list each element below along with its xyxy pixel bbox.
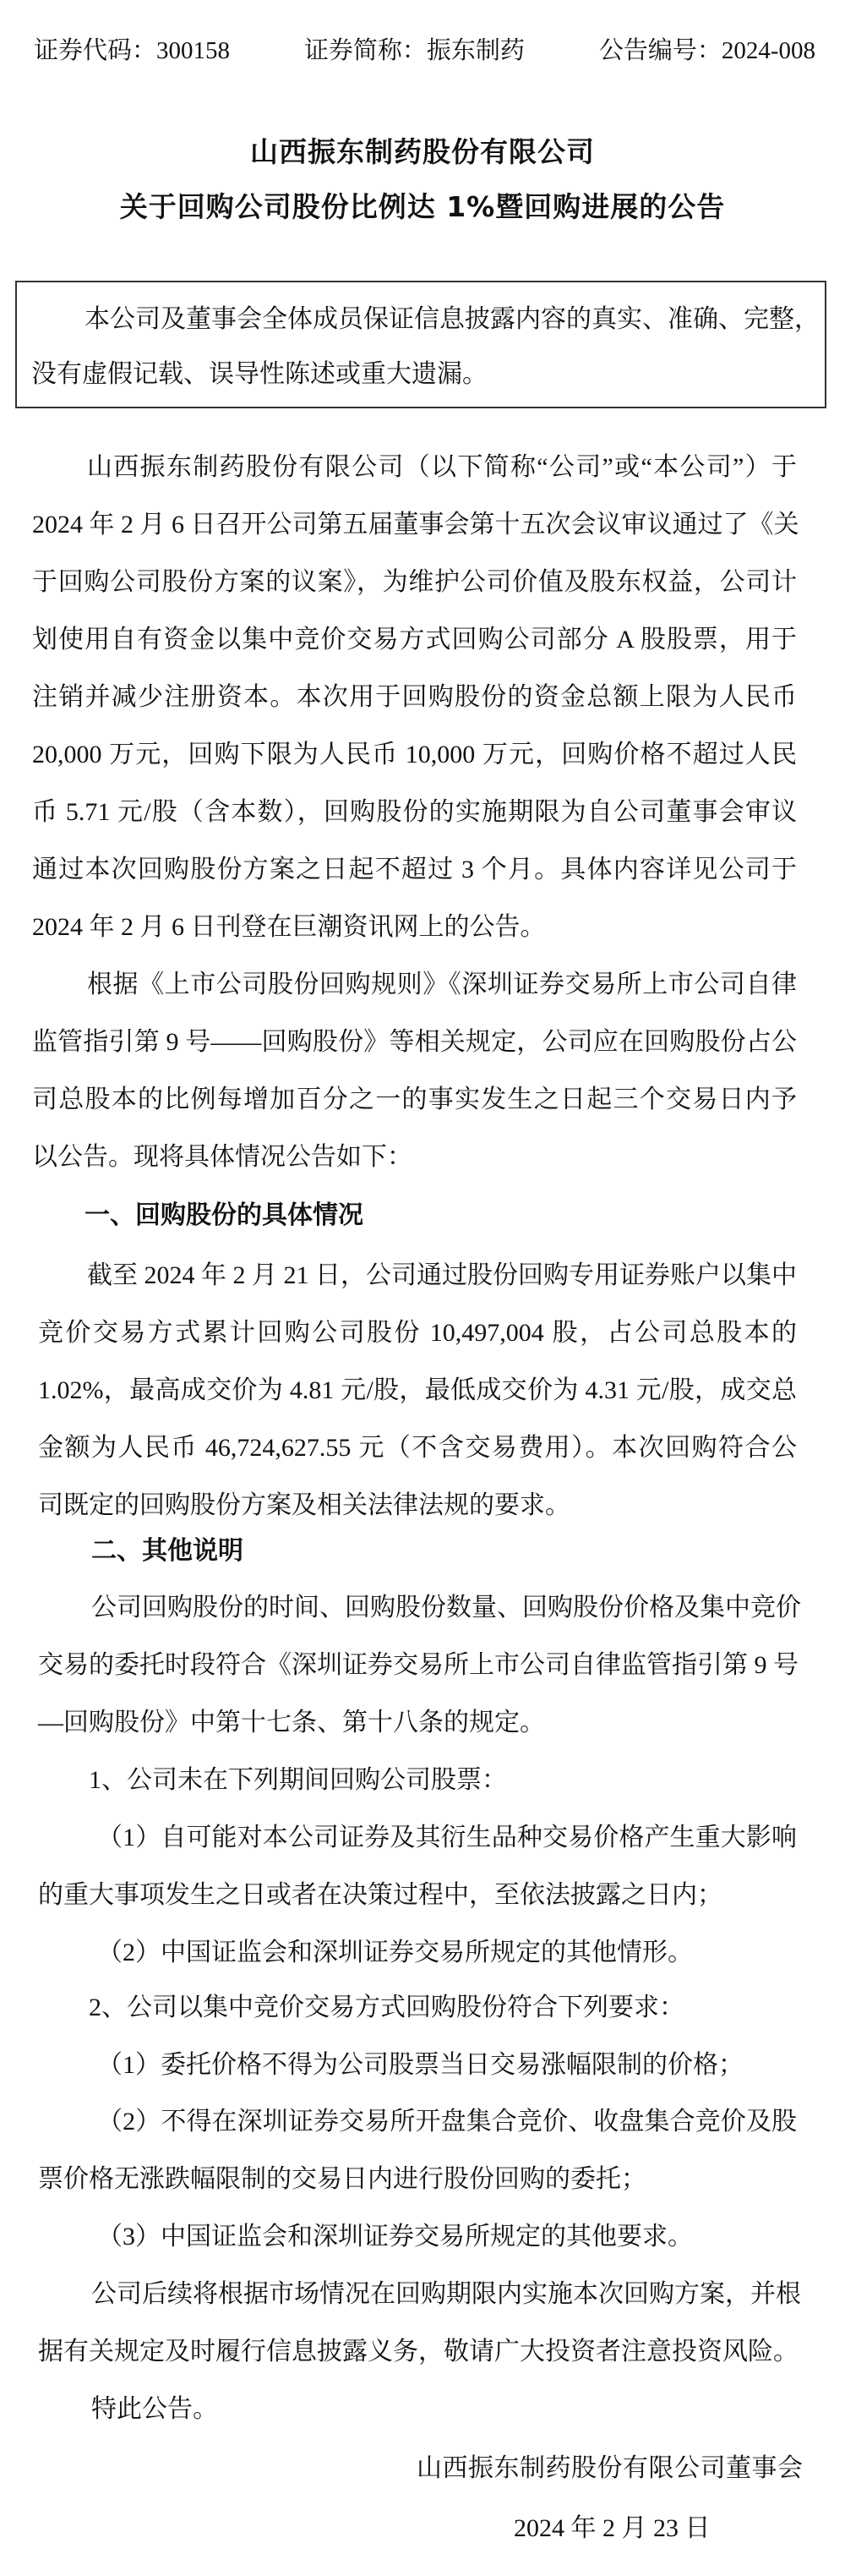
para1-line: 于回购公司股份方案的议案》，为维护公司价值及股东权益，公司计 <box>32 566 797 599</box>
list-item-2-sub-3: （3）中国证监会和深圳证券交易所规定的其他要求。 <box>97 2220 693 2254</box>
para2-line: 监管指引第 9 号——回购股份》等相关规定，公司应在回购股份占公 <box>32 1025 797 1059</box>
list-item-2-sub-1: （1）委托价格不得为公司股票当日交易涨幅限制的价格； <box>97 2048 744 2082</box>
para4-line: 公司回购股份的时间、回购股份数量、回购股份价格及集中竞价 <box>91 1591 797 1625</box>
list-item-2-sub-2-cont: 票价格无涨跌幅限制的交易日内进行股份回购的委托； <box>38 2163 646 2196</box>
para3-line: 司既定的回购股份方案及相关法律法规的要求。 <box>38 1489 570 1523</box>
company-title: 山西振东制药股份有限公司 <box>0 134 845 171</box>
announcement-title: 关于回购公司股份比例达 1%暨回购进展的公告 <box>0 189 845 226</box>
stock-code: 证券代码：300158 <box>34 34 230 68</box>
para1-line: 通过本次回购股份方案之日起不超过 3 个月。具体内容详见公司于 <box>32 853 797 887</box>
signature-date: 2024 年 2 月 23 日 <box>514 2512 711 2546</box>
para1-line: 划使用自有资金以集中竞价交易方式回购公司部分 A 股股票，用于 <box>32 623 797 657</box>
document-header: 证券代码：300158 证券简称：振东制药 公告编号：2024-008 <box>34 34 815 68</box>
para1-line: 2024 年 2 月 6 日召开公司第五届董事会第十五次会议审议通过了《关 <box>32 508 797 542</box>
para3-line: 1.02%，最高成交价为 4.81 元/股，最低成交价为 4.31 元/股，成交… <box>38 1374 797 1408</box>
section-heading-1: 一、回购股份的具体情况 <box>84 1199 363 1233</box>
stock-abbreviation: 证券简称：振东制药 <box>304 34 525 68</box>
para3-line: 竞价交易方式累计回购公司股份 10,497,004 股，占公司总股本的 <box>38 1316 797 1350</box>
signature-company: 山西振东制药股份有限公司董事会 <box>417 2452 803 2486</box>
list-item-1-sub-2: （2）中国证监会和深圳证券交易所规定的其他情形。 <box>97 1936 693 1970</box>
closing-text: 特此公告。 <box>91 2393 218 2426</box>
list-item-1-sub-1: （1）自可能对本公司证券及其衍生品种交易价格产生重大影响 <box>97 1821 797 1855</box>
list-item-1-sub-1-cont: 的重大事项发生之日或者在决策过程中，至依法披露之日内； <box>38 1879 722 1912</box>
para1-line: 2024 年 2 月 6 日刊登在巨潮资讯网上的公告。 <box>32 911 546 944</box>
para1-line: 币 5.71 元/股（含本数），回购股份的实施期限为自公司董事会审议 <box>32 796 797 829</box>
para5-line: 据有关规定及时履行信息披露义务，敬请广大投资者注意投资风险。 <box>38 2335 797 2369</box>
para4-line: —回购股份》中第十七条、第十八条的规定。 <box>38 1706 545 1740</box>
para1-line: 20,000 万元，回购下限为人民币 10,000 万元，回购价格不超过人民 <box>32 738 797 772</box>
para2-line: 以公告。现将具体情况公告如下： <box>32 1140 412 1174</box>
para2-line: 司总股本的比例每增加百分之一的事实发生之日起三个交易日内予 <box>32 1083 797 1117</box>
para4-line: 交易的委托时段符合《深圳证券交易所上市公司自律监管指引第 9 号 <box>38 1649 797 1682</box>
section-heading-2: 二、其他说明 <box>91 1534 243 1568</box>
para1-line: 注销并减少注册资本。本次用于回购股份的资金总额上限为人民币 <box>32 681 797 714</box>
list-item-2: 2、公司以集中竞价交易方式回购股份符合下列要求： <box>89 1991 684 2025</box>
disclaimer-line-2: 没有虚假记载、误导性陈述或重大遗漏。 <box>31 358 488 391</box>
para1-line: 山西振东制药股份有限公司（以下简称“公司”或“本公司”）于 <box>87 451 797 484</box>
para2-line: 根据《上市公司股份回购规则》《深圳证券交易所上市公司自律 <box>87 968 797 1002</box>
para5-line: 公司后续将根据市场情况在回购期限内实施本次回购方案，并根 <box>91 2278 797 2311</box>
list-item-2-sub-2: （2）不得在深圳证券交易所开盘集合竞价、收盘集合竞价及股 <box>97 2105 797 2139</box>
disclaimer-line-1: 本公司及董事会全体成员保证信息披露内容的真实、准确、完整， <box>84 303 796 336</box>
para3-line: 截至 2024 年 2 月 21 日，公司通过股份回购专用证券账户以集中 <box>87 1259 797 1293</box>
list-item-1: 1、公司未在下列期间回购公司股票： <box>89 1764 507 1797</box>
para3-line: 金额为人民币 46,724,627.55 元（不含交易费用）。本次回购符合公 <box>38 1431 797 1465</box>
announcement-number: 公告编号：2024-008 <box>599 34 815 68</box>
